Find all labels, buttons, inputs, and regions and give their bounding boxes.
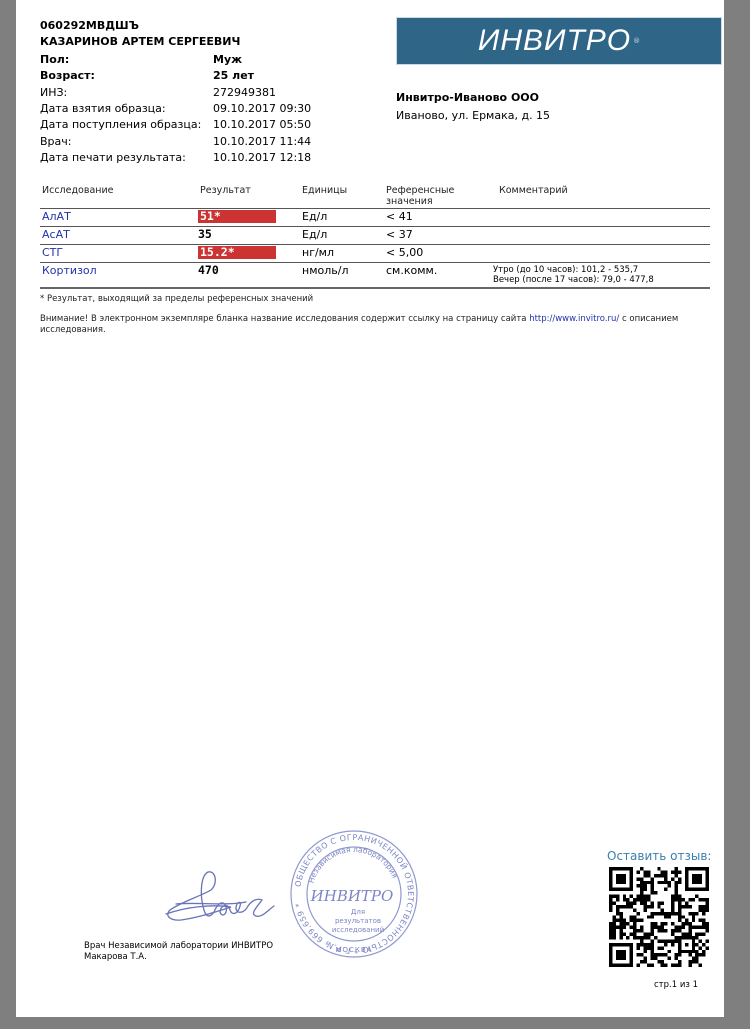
units: Ед/л xyxy=(302,209,327,224)
result-value: 35 xyxy=(198,227,212,242)
units: нг/мл xyxy=(302,245,334,260)
test-name-link[interactable]: Кортизол xyxy=(42,263,97,278)
svg-text:ИНВИТРО: ИНВИТРО xyxy=(310,887,394,905)
doctor-role: Врач Независимой лаборатории ИНВИТРО xyxy=(84,941,273,951)
header-test: Исследование xyxy=(42,185,114,196)
attention-note: Внимание! В электронном экземпляре бланк… xyxy=(40,314,678,324)
lab-address: Иваново, ул. Ермака, д. 15 xyxy=(396,109,550,122)
signature-icon xyxy=(156,862,286,932)
result-value-flagged: 51* xyxy=(198,210,276,223)
test-name-link[interactable]: АсАТ xyxy=(42,227,70,242)
logo-text: ИНВИТРО xyxy=(478,24,631,58)
header-units: Единицы xyxy=(302,185,347,196)
invitro-logo: ИНВИТРО® xyxy=(396,17,722,65)
document-page: 060292МВДШЪ КАЗАРИНОВ АРТЕМ СЕРГЕЕВИЧ По… xyxy=(16,0,724,1017)
units: нмоль/л xyxy=(302,263,348,278)
header-comment: Комментарий xyxy=(499,185,568,196)
field-value: 10.10.2017 05:50 xyxy=(213,117,311,133)
stamp-icon: ОБЩЕСТВО С ОГРАНИЧЕННОЙ ОТВЕТСТВЕННОСТЬЮ… xyxy=(288,828,420,960)
table-bottom-divider xyxy=(40,287,710,289)
field-label: Дата печати результата: xyxy=(40,150,186,166)
footnote: * Результат, выходящий за пределы рефере… xyxy=(40,294,313,304)
svg-text:МОСКВА: МОСКВА xyxy=(336,946,373,954)
test-name-link[interactable]: СТГ xyxy=(42,245,63,260)
field-label: Пол: xyxy=(40,52,69,68)
test-name-link[interactable]: АлАТ xyxy=(42,209,71,224)
registered-mark-icon: ® xyxy=(633,37,640,45)
result-value-flagged: 15.2* xyxy=(198,246,276,259)
invitro-link[interactable]: http://www.invitro.ru/ xyxy=(529,314,619,324)
feedback-label: Оставить отзыв: xyxy=(607,849,711,863)
page-number: стр.1 из 1 xyxy=(654,980,698,990)
row-divider xyxy=(40,226,710,227)
row-divider xyxy=(40,208,710,209)
result-value: 470 xyxy=(198,263,219,278)
lab-name: Инвитро-Иваново ООО xyxy=(396,91,539,104)
field-label: Дата поступления образца: xyxy=(40,117,201,133)
field-label: ИНЗ: xyxy=(40,85,67,101)
reference-value: < 41 xyxy=(386,209,413,224)
header-reference: Референсные значения xyxy=(386,185,454,207)
patient-name: КАЗАРИНОВ АРТЕМ СЕРГЕЕВИЧ xyxy=(40,34,240,50)
row-divider xyxy=(40,244,710,245)
field-label: Дата взятия образца: xyxy=(40,101,166,117)
svg-text:Для: Для xyxy=(351,908,365,916)
field-label: Врач: xyxy=(40,134,71,150)
qr-code-icon[interactable] xyxy=(609,867,709,967)
comment-line: Вечер (после 17 часов): 79,0 - 477,8 xyxy=(493,275,654,285)
field-value: Муж xyxy=(213,52,242,68)
reference-value: см.комм. xyxy=(386,263,437,278)
reference-value: < 5,00 xyxy=(386,245,423,260)
units: Ед/л xyxy=(302,227,327,242)
field-value: 10.10.2017 11:44 xyxy=(213,134,311,150)
field-label: Возраст: xyxy=(40,68,95,84)
comment-line: Утро (до 10 часов): 101,2 - 535,7 xyxy=(493,265,638,275)
header-result: Результат xyxy=(200,185,251,196)
field-value: 272949381 xyxy=(213,85,276,101)
field-value: 25 лет xyxy=(213,68,254,84)
field-value: 09.10.2017 09:30 xyxy=(213,101,311,117)
doctor-name: Макарова Т.А. xyxy=(84,952,147,962)
svg-text:исследований: исследований xyxy=(332,926,384,934)
attention-note-line2: исследования. xyxy=(40,325,106,335)
field-value: 10.10.2017 12:18 xyxy=(213,150,311,166)
row-divider xyxy=(40,262,710,263)
reference-value: < 37 xyxy=(386,227,413,242)
patient-code: 060292МВДШЪ xyxy=(40,18,139,34)
svg-text:результатов: результатов xyxy=(335,917,381,925)
